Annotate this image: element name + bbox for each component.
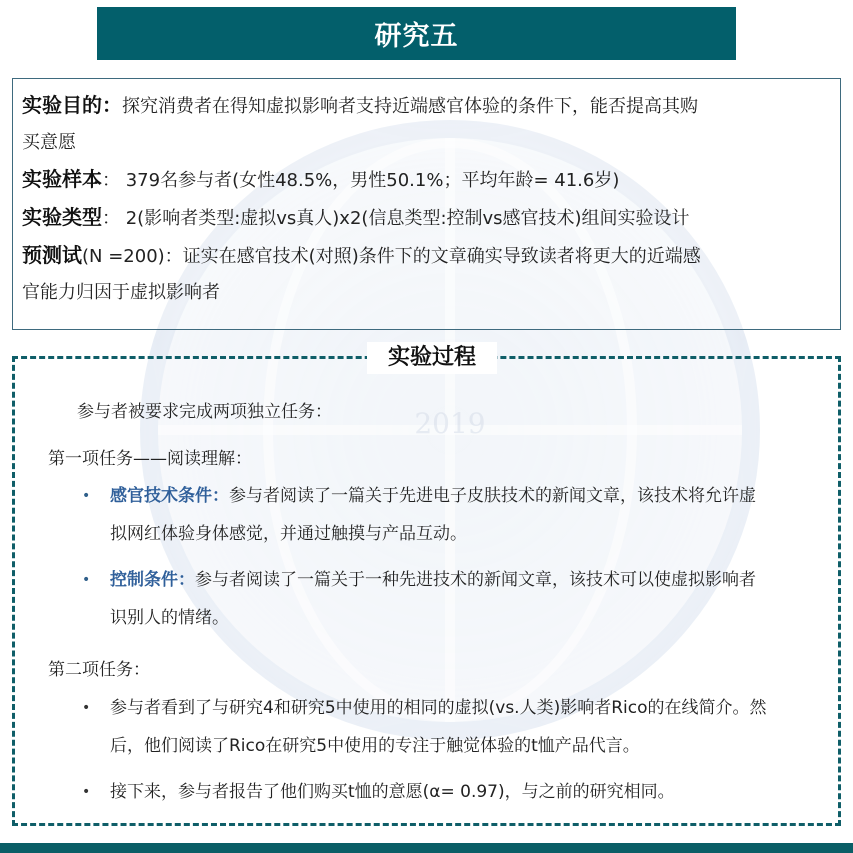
purpose-text: 探究消费者在得知虚拟影响者支持近端感官体验的条件下，能否提高其购	[122, 96, 698, 117]
type-row: 实验类型： 2(影响者类型:虚拟vs真人)x2(信息类型:控制vs感官技术)组间…	[22, 199, 830, 237]
purpose-text-cont: 买意愿	[22, 125, 830, 161]
bullet-icon: •	[82, 689, 90, 727]
procedure-intro: 参与者被要求完成两项独立任务：	[77, 397, 332, 422]
procedure-box: 实验过程 参与者被要求完成两项独立任务： 第一项任务——阅读理解： • 感官技术…	[12, 356, 841, 826]
purpose-row: 实验目的：探究消费者在得知虚拟影响者支持近端感官体验的条件下，能否提高其购 买意…	[22, 87, 830, 161]
task2-profile-text-cont: 后，他们阅读了Rico在研究5中使用的专注于触觉体验的t恤产品代言。	[110, 736, 640, 756]
control-condition-text: 参与者阅读了一篇关于一种先进技术的新闻文章，该技术可以使虚拟影响者	[195, 570, 756, 590]
pretest-label: 预测试	[22, 243, 82, 267]
footer-bar	[0, 843, 853, 853]
sensory-condition-text-cont: 拟网红体验身体感觉，并通过触摸与产品互动。	[110, 524, 467, 544]
experiment-info-box: 实验目的：探究消费者在得知虚拟影响者支持近端感官体验的条件下，能否提高其购 买意…	[12, 78, 841, 330]
pretest-text-cont: 官能力归因于虚拟影响者	[22, 275, 830, 311]
task1-heading: 第一项任务——阅读理解：	[48, 444, 252, 469]
sample-text: ： 379名参与者(女性48.5%，男性50.1%；平均年龄= 41.6岁)	[102, 170, 619, 191]
pretest-text: (N =200)：证实在感官技术(对照)条件下的文章确实导致读者将更大的近端感	[82, 246, 701, 267]
sample-row: 实验样本： 379名参与者(女性48.5%，男性50.1%；平均年龄= 41.6…	[22, 161, 830, 199]
type-label: 实验类型	[22, 205, 102, 229]
page-title: 研究五	[375, 14, 459, 53]
title-banner: 研究五	[97, 7, 736, 60]
sensory-condition-text: 参与者阅读了一篇关于先进电子皮肤技术的新闻文章，该技术将允许虚	[229, 486, 756, 506]
pretest-row: 预测试(N =200)：证实在感官技术(对照)条件下的文章确实导致读者将更大的近…	[22, 237, 830, 311]
type-text: ： 2(影响者类型:虚拟vs真人)x2(信息类型:控制vs感官技术)组间实验设计	[102, 208, 690, 229]
bullet-icon: •	[82, 773, 90, 811]
task2-profile-text: 参与者看到了与研究4和研究5中使用的相同的虚拟(vs.人类)影响者Rico的在线…	[110, 698, 767, 718]
purpose-label: 实验目的：	[22, 93, 122, 117]
task2-heading: 第二项任务：	[48, 655, 150, 680]
sample-label: 实验样本	[22, 167, 102, 191]
control-condition-text-cont: 识别人的情绪。	[110, 608, 229, 628]
bullet-icon: •	[82, 561, 90, 599]
control-condition-label: 控制条件：	[110, 570, 195, 590]
sensory-condition-label: 感官技术条件：	[110, 486, 229, 506]
procedure-title: 实验过程	[367, 342, 497, 374]
bullet-icon: •	[82, 477, 90, 515]
task2-intention-text: 接下来，参与者报告了他们购买t恤的意愿(α= 0.97)，与之前的研究相同。	[110, 782, 675, 802]
